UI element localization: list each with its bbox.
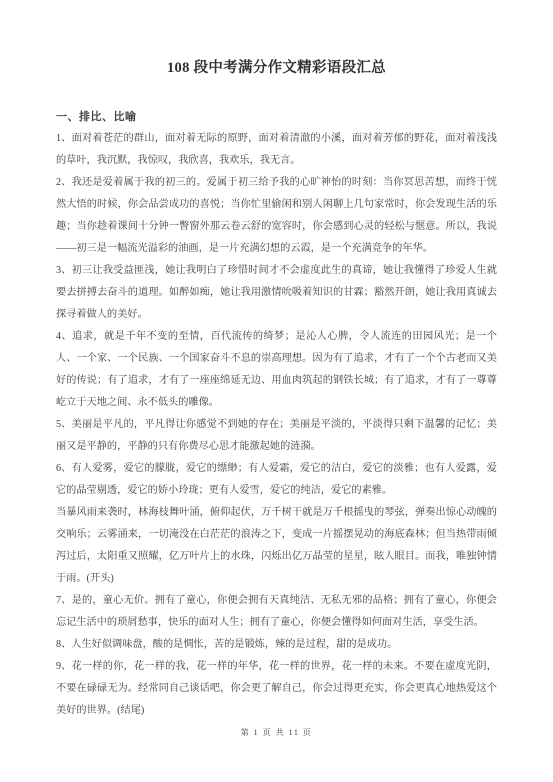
paragraph: 9、花一样的你，花一样的我，花一样的年华，花一样的世界，花一样的未来。不要在虚度…: [56, 656, 497, 722]
paragraph: 5、美丽是平凡的，平凡得让你感觉不到她的存在；美丽是平淡的，平淡得只剩下温馨的记…: [56, 414, 497, 458]
document-page: 108 段中考满分作文精彩语段汇总 一、排比、比喻 1、面对着苍茫的群山，面对着…: [0, 0, 553, 782]
paragraph: 4、追求，就是千年不变的至情，百代流传的绮梦；是沁人心脾，令人流连的田园风光；是…: [56, 326, 497, 414]
page-number-label: 第 1 页 共 11 页: [241, 728, 313, 737]
document-content: 108 段中考满分作文精彩语段汇总 一、排比、比喻 1、面对着苍茫的群山，面对着…: [0, 0, 553, 722]
paragraph: 6、有人爱雾，爱它的朦胧，爱它的缥缈；有人爱霜，爱它的洁白，爱它的淡雅；也有人爱…: [56, 458, 497, 502]
paragraph: 3、初三让我受益匪浅，她让我明白了珍惜时间才不会虚度此生的真谛，她让我懂得了珍爱…: [56, 260, 497, 326]
paragraph: 2、我还是爱着属于我的初三的。爱属于初三给予我的心旷神怡的时刻：当你冥思苦想，而…: [56, 172, 497, 260]
document-title: 108 段中考满分作文精彩语段汇总: [56, 58, 497, 78]
paragraph: 1、面对着苍茫的群山，面对着无际的原野，面对着清澈的小溪，面对着芳郁的野花，面对…: [56, 128, 497, 172]
page-footer: 第 1 页 共 11 页: [0, 727, 553, 739]
paragraph-list: 1、面对着苍茫的群山，面对着无际的原野，面对着清澈的小溪，面对着芳郁的野花，面对…: [56, 128, 497, 722]
paragraph: 7、是的，童心无价。拥有了童心，你便会拥有天真纯洁、无私无邪的品格；拥有了童心，…: [56, 590, 497, 634]
section-heading: 一、排比、比喻: [56, 106, 497, 128]
paragraph: 8、人生好似调味盘，酸的是惆怅，苦的是锻炼，辣的是过程，甜的是成功。: [56, 634, 497, 656]
paragraph: 当暴风雨来袭时，林海枝舞叶涌，俯仰起伏，万千树干就是万千根摇曳的琴弦，弹奏出惊心…: [56, 502, 497, 590]
